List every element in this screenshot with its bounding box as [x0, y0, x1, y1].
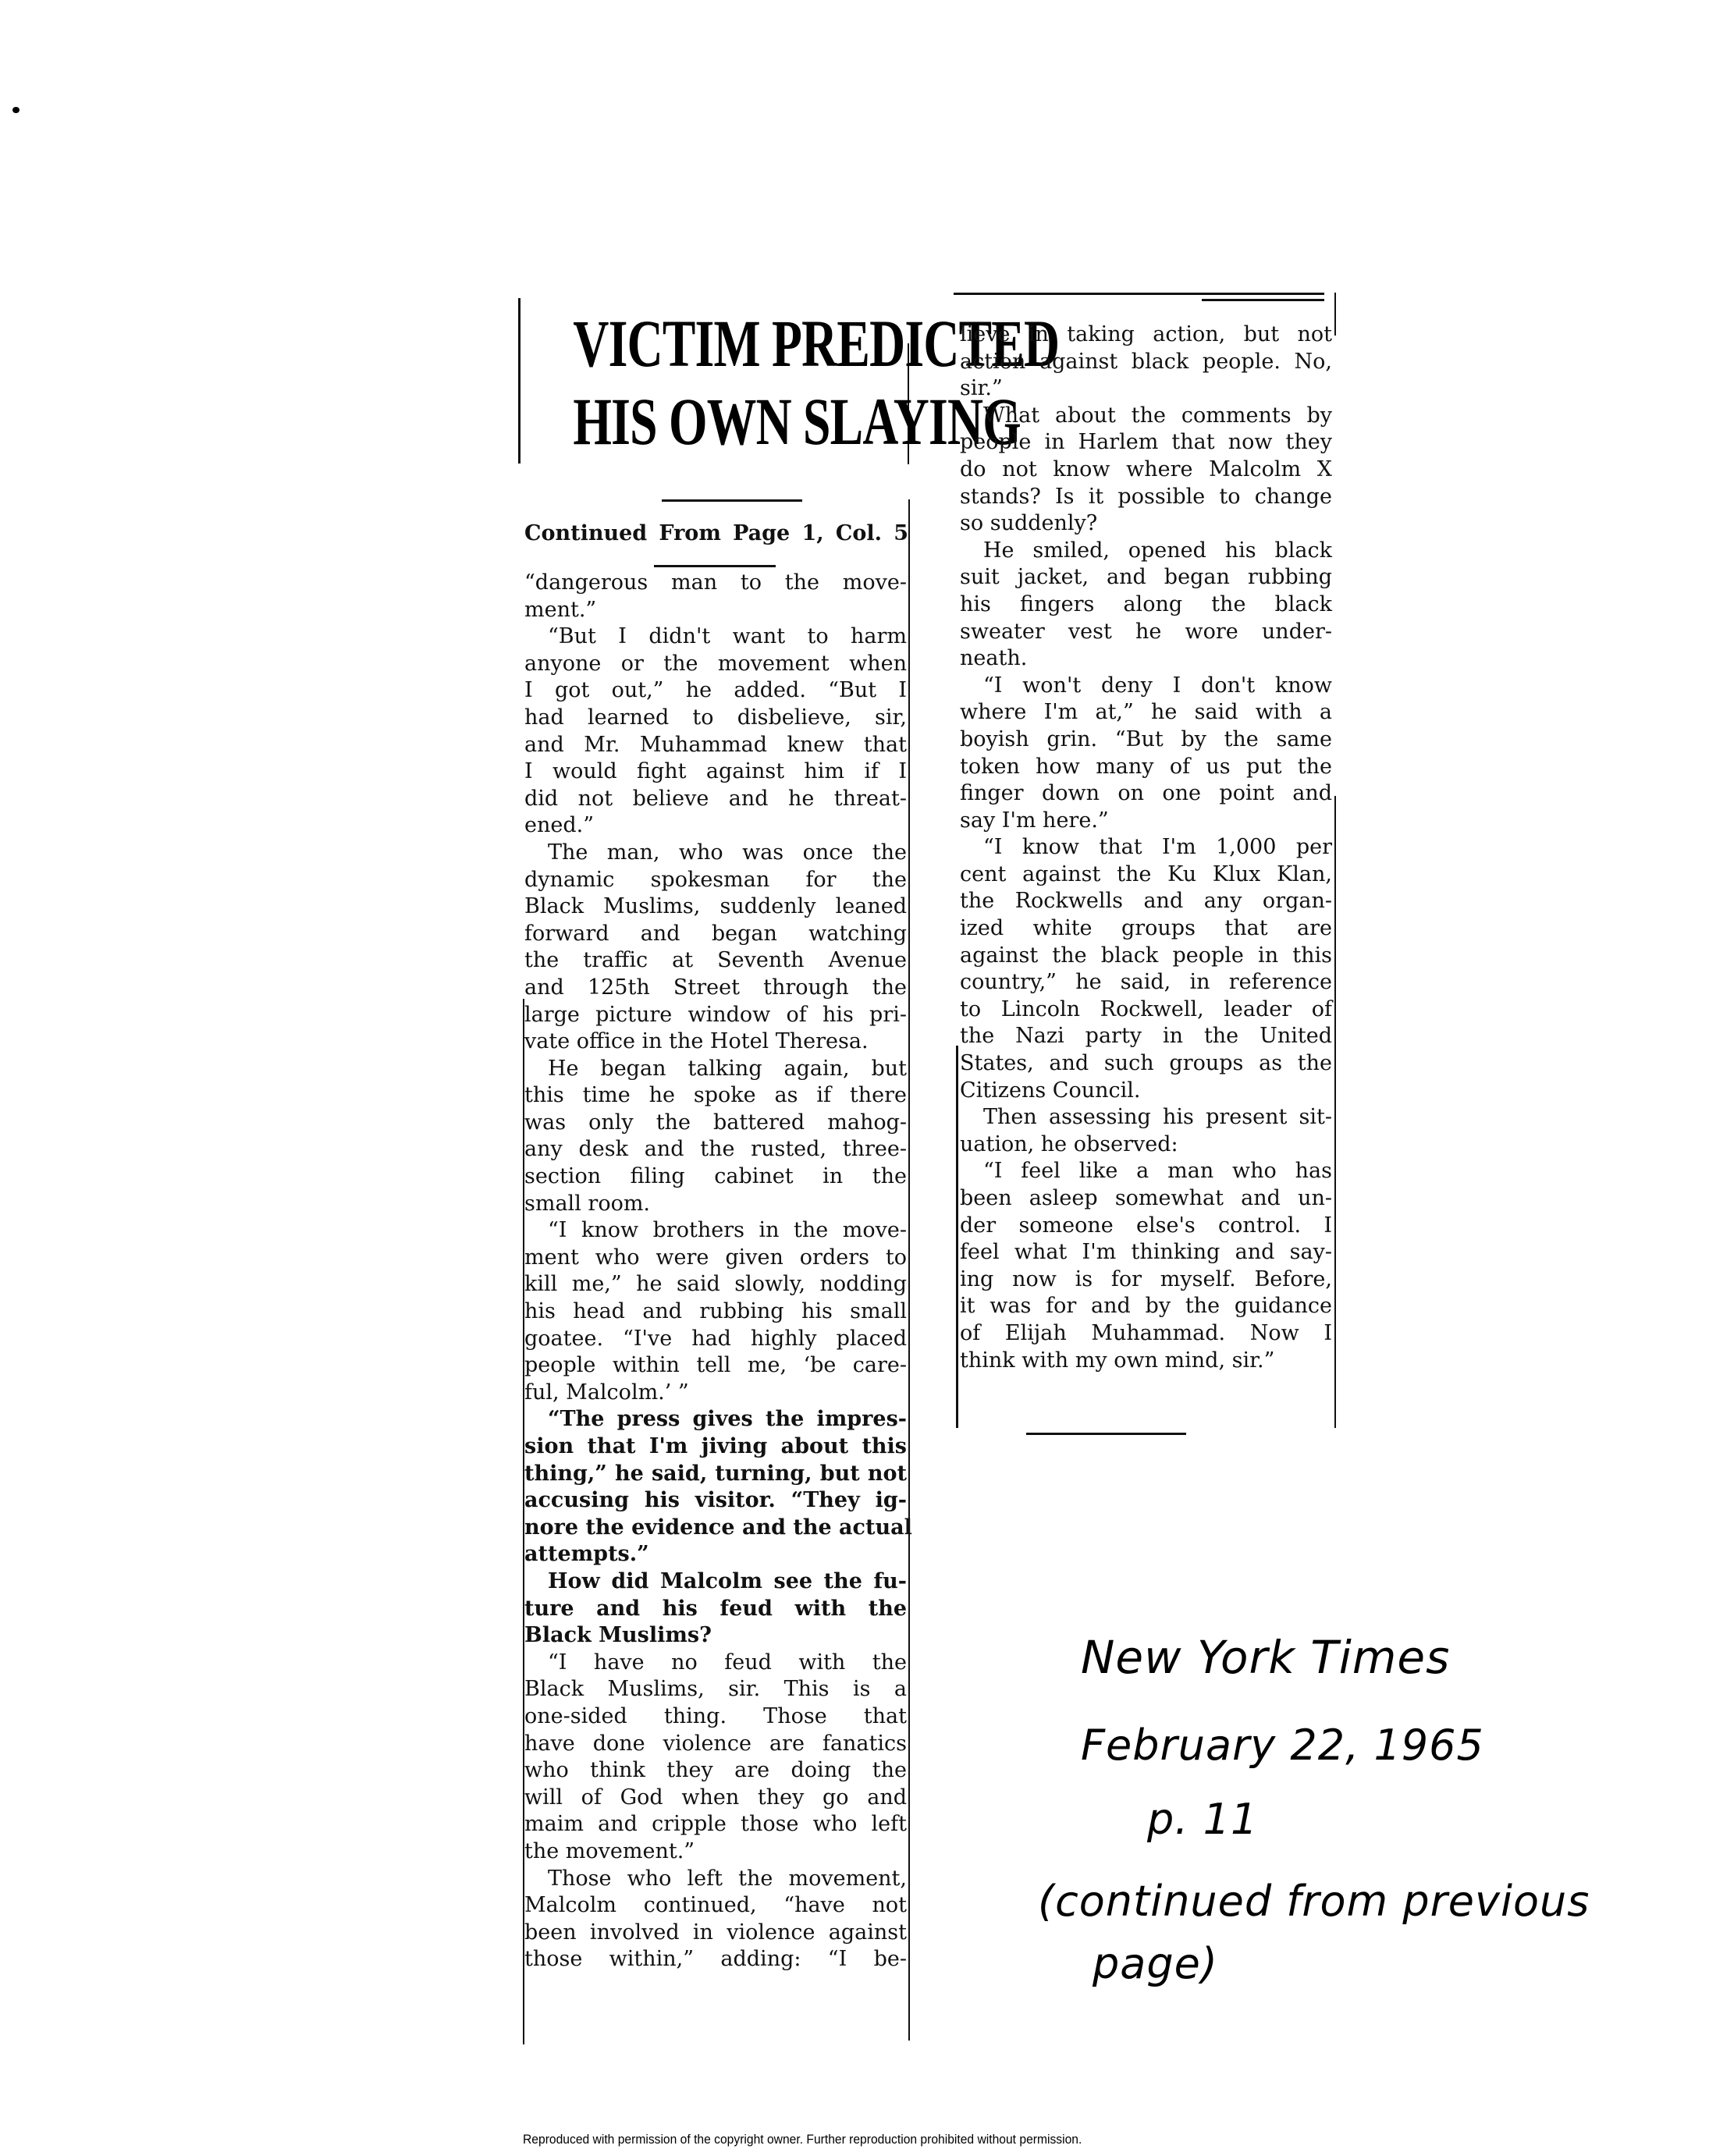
article-column-1: “dangerous man to the move-ment.”“But I …	[524, 570, 907, 1973]
article-line: ened.”	[524, 812, 907, 840]
article-line: cent against the Ku Klux Klan,	[960, 861, 1332, 889]
article-line: lieve in taking action, but not	[960, 321, 1332, 349]
article-line: I got out,” he added. “But I	[524, 677, 907, 705]
article-line: against the black people in this	[960, 943, 1332, 970]
article-line: boyish grin. “But by the same	[960, 726, 1332, 754]
article-line: feel what I'm thinking and say-	[960, 1239, 1332, 1266]
continued-from-label: Continued From Page 1, Col. 5	[524, 521, 908, 545]
copyright-notice: Reproduced with permission of the copyri…	[523, 2132, 1082, 2147]
article-line: I would fight against him if I	[524, 758, 907, 786]
article-line: section filing cabinet in the	[524, 1163, 907, 1191]
article-paragraph: “I know that I'm 1,000 percent against t…	[960, 834, 1332, 1104]
article-line: and 125th Street through the	[524, 975, 907, 1002]
article-line: do not know where Malcolm X	[960, 456, 1332, 484]
article-line: ment.”	[524, 597, 907, 624]
article-line: Those who left the movement,	[524, 1866, 907, 1893]
article-line: so suddenly?	[960, 510, 1332, 538]
article-line: The man, who was once the	[524, 840, 907, 867]
article-column-2: lieve in taking action, but notaction ag…	[960, 321, 1332, 1374]
handwritten-publication: New York Times	[1081, 1631, 1450, 1684]
article-line: people in Harlem that now they	[960, 429, 1332, 456]
article-line: to Lincoln Rockwell, leader of	[960, 996, 1332, 1024]
column2-top-rule	[954, 293, 1324, 295]
article-line: been involved in violence against	[524, 1920, 907, 1947]
article-line: his fingers along the black	[960, 591, 1332, 619]
article-line: neath.	[960, 645, 1332, 673]
article-paragraph: “I have no feud with theBlack Muslims, s…	[524, 1650, 907, 1866]
article-line: small room.	[524, 1191, 907, 1218]
article-line: and Mr. Muhammad knew that	[524, 732, 907, 759]
article-line: maim and cripple those who left	[524, 1811, 907, 1838]
article-line: “I know brothers in the move-	[524, 1217, 907, 1245]
article-line: “I have no feud with the	[524, 1650, 907, 1677]
article-line: had learned to disbelieve, sir,	[524, 705, 907, 732]
article-line: States, and such groups as the	[960, 1050, 1332, 1078]
column2-left-rule	[956, 1046, 958, 1428]
article-line: Then assessing his present sit-	[960, 1104, 1332, 1131]
article-line: of Elijah Muhammad. Now I	[960, 1320, 1332, 1348]
headline-line-2: HIS OWN SLAYING	[573, 382, 858, 460]
article-line: accusing his visitor. “They ig-	[524, 1487, 907, 1515]
article-line: “I won't deny I don't know	[960, 673, 1332, 700]
article-line: sion that I'm jiving about this	[524, 1433, 907, 1461]
article-paragraph: lieve in taking action, but notaction ag…	[960, 321, 1332, 403]
article-line: ment who were given orders to	[524, 1245, 907, 1272]
article-line: this time he spoke as if there	[524, 1082, 907, 1110]
article-line: people within tell me, ‘be care-	[524, 1352, 907, 1380]
headline-left-rule	[518, 298, 521, 464]
article-line: suit jacket, and began rubbing	[960, 564, 1332, 591]
article-line: did not believe and he threat-	[524, 786, 907, 813]
article-line: ing now is for myself. Before,	[960, 1266, 1332, 1294]
article-paragraph: “I won't deny I don't knowwhere I'm at,”…	[960, 673, 1332, 835]
article-paragraph: He smiled, opened his blacksuit jacket, …	[960, 538, 1332, 673]
article-line: How did Malcolm see the fu-	[524, 1568, 907, 1596]
article-paragraph: “dangerous man to the move-ment.”	[524, 570, 907, 623]
article-line: Black Muslims?	[524, 1622, 907, 1650]
article-line: any desk and the rusted, three-	[524, 1136, 907, 1163]
article-line: it was for and by the guidance	[960, 1293, 1332, 1320]
article-line: finger down on one point and	[960, 780, 1332, 808]
column2-right-rule-lower	[1334, 796, 1336, 1428]
article-line: token how many of us put the	[960, 754, 1332, 781]
article-line: Black Muslims, suddenly leaned	[524, 893, 907, 921]
article-line: “I know that I'm 1,000 per	[960, 834, 1332, 861]
article-line: “I feel like a man who has	[960, 1158, 1332, 1185]
headline-line-1: VICTIM PREDICTED	[573, 304, 858, 382]
scan-speck	[12, 107, 20, 113]
article-line: forward and began watching	[524, 921, 907, 948]
article-line: have done violence are fanatics	[524, 1731, 907, 1758]
article-line: think with my own mind, sir.”	[960, 1348, 1332, 1375]
article-line: kill me,” he said slowly, nodding	[524, 1271, 907, 1298]
article-line: Black Muslims, sir. This is a	[524, 1676, 907, 1703]
article-line: Malcolm continued, “have not	[524, 1892, 907, 1920]
article-line: attempts.”	[524, 1541, 907, 1568]
headline-divider	[662, 499, 802, 502]
article-line: anyone or the movement when	[524, 651, 907, 678]
article-line: say I'm here.”	[960, 808, 1332, 835]
article-line: been asleep somewhat and un-	[960, 1185, 1332, 1213]
article-paragraph: The man, who was once thedynamic spokesm…	[524, 840, 907, 1056]
column2-end-rule	[1026, 1433, 1186, 1435]
article-line: his head and rubbing his small	[524, 1298, 907, 1326]
article-line: goatee. “I've had highly placed	[524, 1326, 907, 1353]
article-line: stands? Is it possible to change	[960, 484, 1332, 511]
article-line: Citizens Council.	[960, 1078, 1332, 1105]
article-line: sweater vest he wore under-	[960, 619, 1332, 646]
article-line: those within,” adding: “I be-	[524, 1946, 907, 1973]
article-paragraph: What about the comments bypeople in Harl…	[960, 403, 1332, 538]
article-line: ture and his feud with the	[524, 1596, 907, 1623]
article-line: action against black people. No,	[960, 349, 1332, 376]
article-line: “dangerous man to the move-	[524, 570, 907, 597]
article-paragraph: Then assessing his present sit-uation, h…	[960, 1104, 1332, 1158]
article-line: What about the comments by	[960, 403, 1332, 430]
article-line: the Nazi party in the United	[960, 1023, 1332, 1050]
article-line: ful, Malcolm.’ ”	[524, 1380, 907, 1407]
article-line: vate office in the Hotel Theresa.	[524, 1028, 907, 1056]
article-paragraph: “I know brothers in the move-ment who we…	[524, 1217, 907, 1406]
column2-top-rule-2	[1202, 299, 1324, 301]
article-line: where I'm at,” he said with a	[960, 699, 1332, 726]
article-paragraph: He began talking again, butthis time he …	[524, 1056, 907, 1218]
article-line: will of God when they go and	[524, 1785, 907, 1812]
article-paragraph: How did Malcolm see the fu-ture and his …	[524, 1568, 907, 1650]
continued-underline	[654, 565, 776, 567]
article-paragraph: Those who left the movement,Malcolm cont…	[524, 1866, 907, 1973]
article-line: the movement.”	[524, 1838, 907, 1866]
article-line: sir.”	[960, 375, 1332, 403]
article-paragraph: “But I didn't want to harmanyone or the …	[524, 623, 907, 840]
article-line: der someone else's control. I	[960, 1213, 1332, 1240]
article-paragraph: “I feel like a man who hasbeen asleep so…	[960, 1158, 1332, 1374]
article-line: uation, he observed:	[960, 1131, 1332, 1159]
article-line: the Rockwells and any organ-	[960, 888, 1332, 915]
column1-right-rule	[908, 499, 910, 2041]
article-line: He began talking again, but	[524, 1056, 907, 1083]
article-line: large picture window of his pri-	[524, 1002, 907, 1029]
article-line: country,” he said, in reference	[960, 969, 1332, 996]
handwritten-note-line-2: page)	[1093, 1939, 1218, 1988]
article-line: He smiled, opened his black	[960, 538, 1332, 565]
handwritten-date: February 22, 1965	[1081, 1721, 1484, 1770]
handwritten-note-line-1: (continued from previous	[1038, 1877, 1590, 1926]
article-line: dynamic spokesman for the	[524, 867, 907, 894]
article-line: one-sided thing. Those that	[524, 1703, 907, 1731]
article-line: the traffic at Seventh Avenue	[524, 947, 907, 975]
article-headline: VICTIM PREDICTED HIS OWN SLAYING	[523, 304, 909, 460]
article-line: “The press gives the impres-	[524, 1406, 907, 1433]
article-line: thing,” he said, turning, but not	[524, 1461, 907, 1488]
article-line: nore the evidence and the actual	[524, 1515, 907, 1542]
article-line: who think they are doing the	[524, 1757, 907, 1785]
handwritten-page: p. 11	[1147, 1795, 1258, 1844]
article-line: ized white groups that are	[960, 915, 1332, 943]
article-paragraph: “The press gives the impres-sion that I'…	[524, 1406, 907, 1568]
article-line: “But I didn't want to harm	[524, 623, 907, 651]
article-line: was only the battered mahog-	[524, 1110, 907, 1137]
column2-right-rule	[1334, 293, 1336, 336]
